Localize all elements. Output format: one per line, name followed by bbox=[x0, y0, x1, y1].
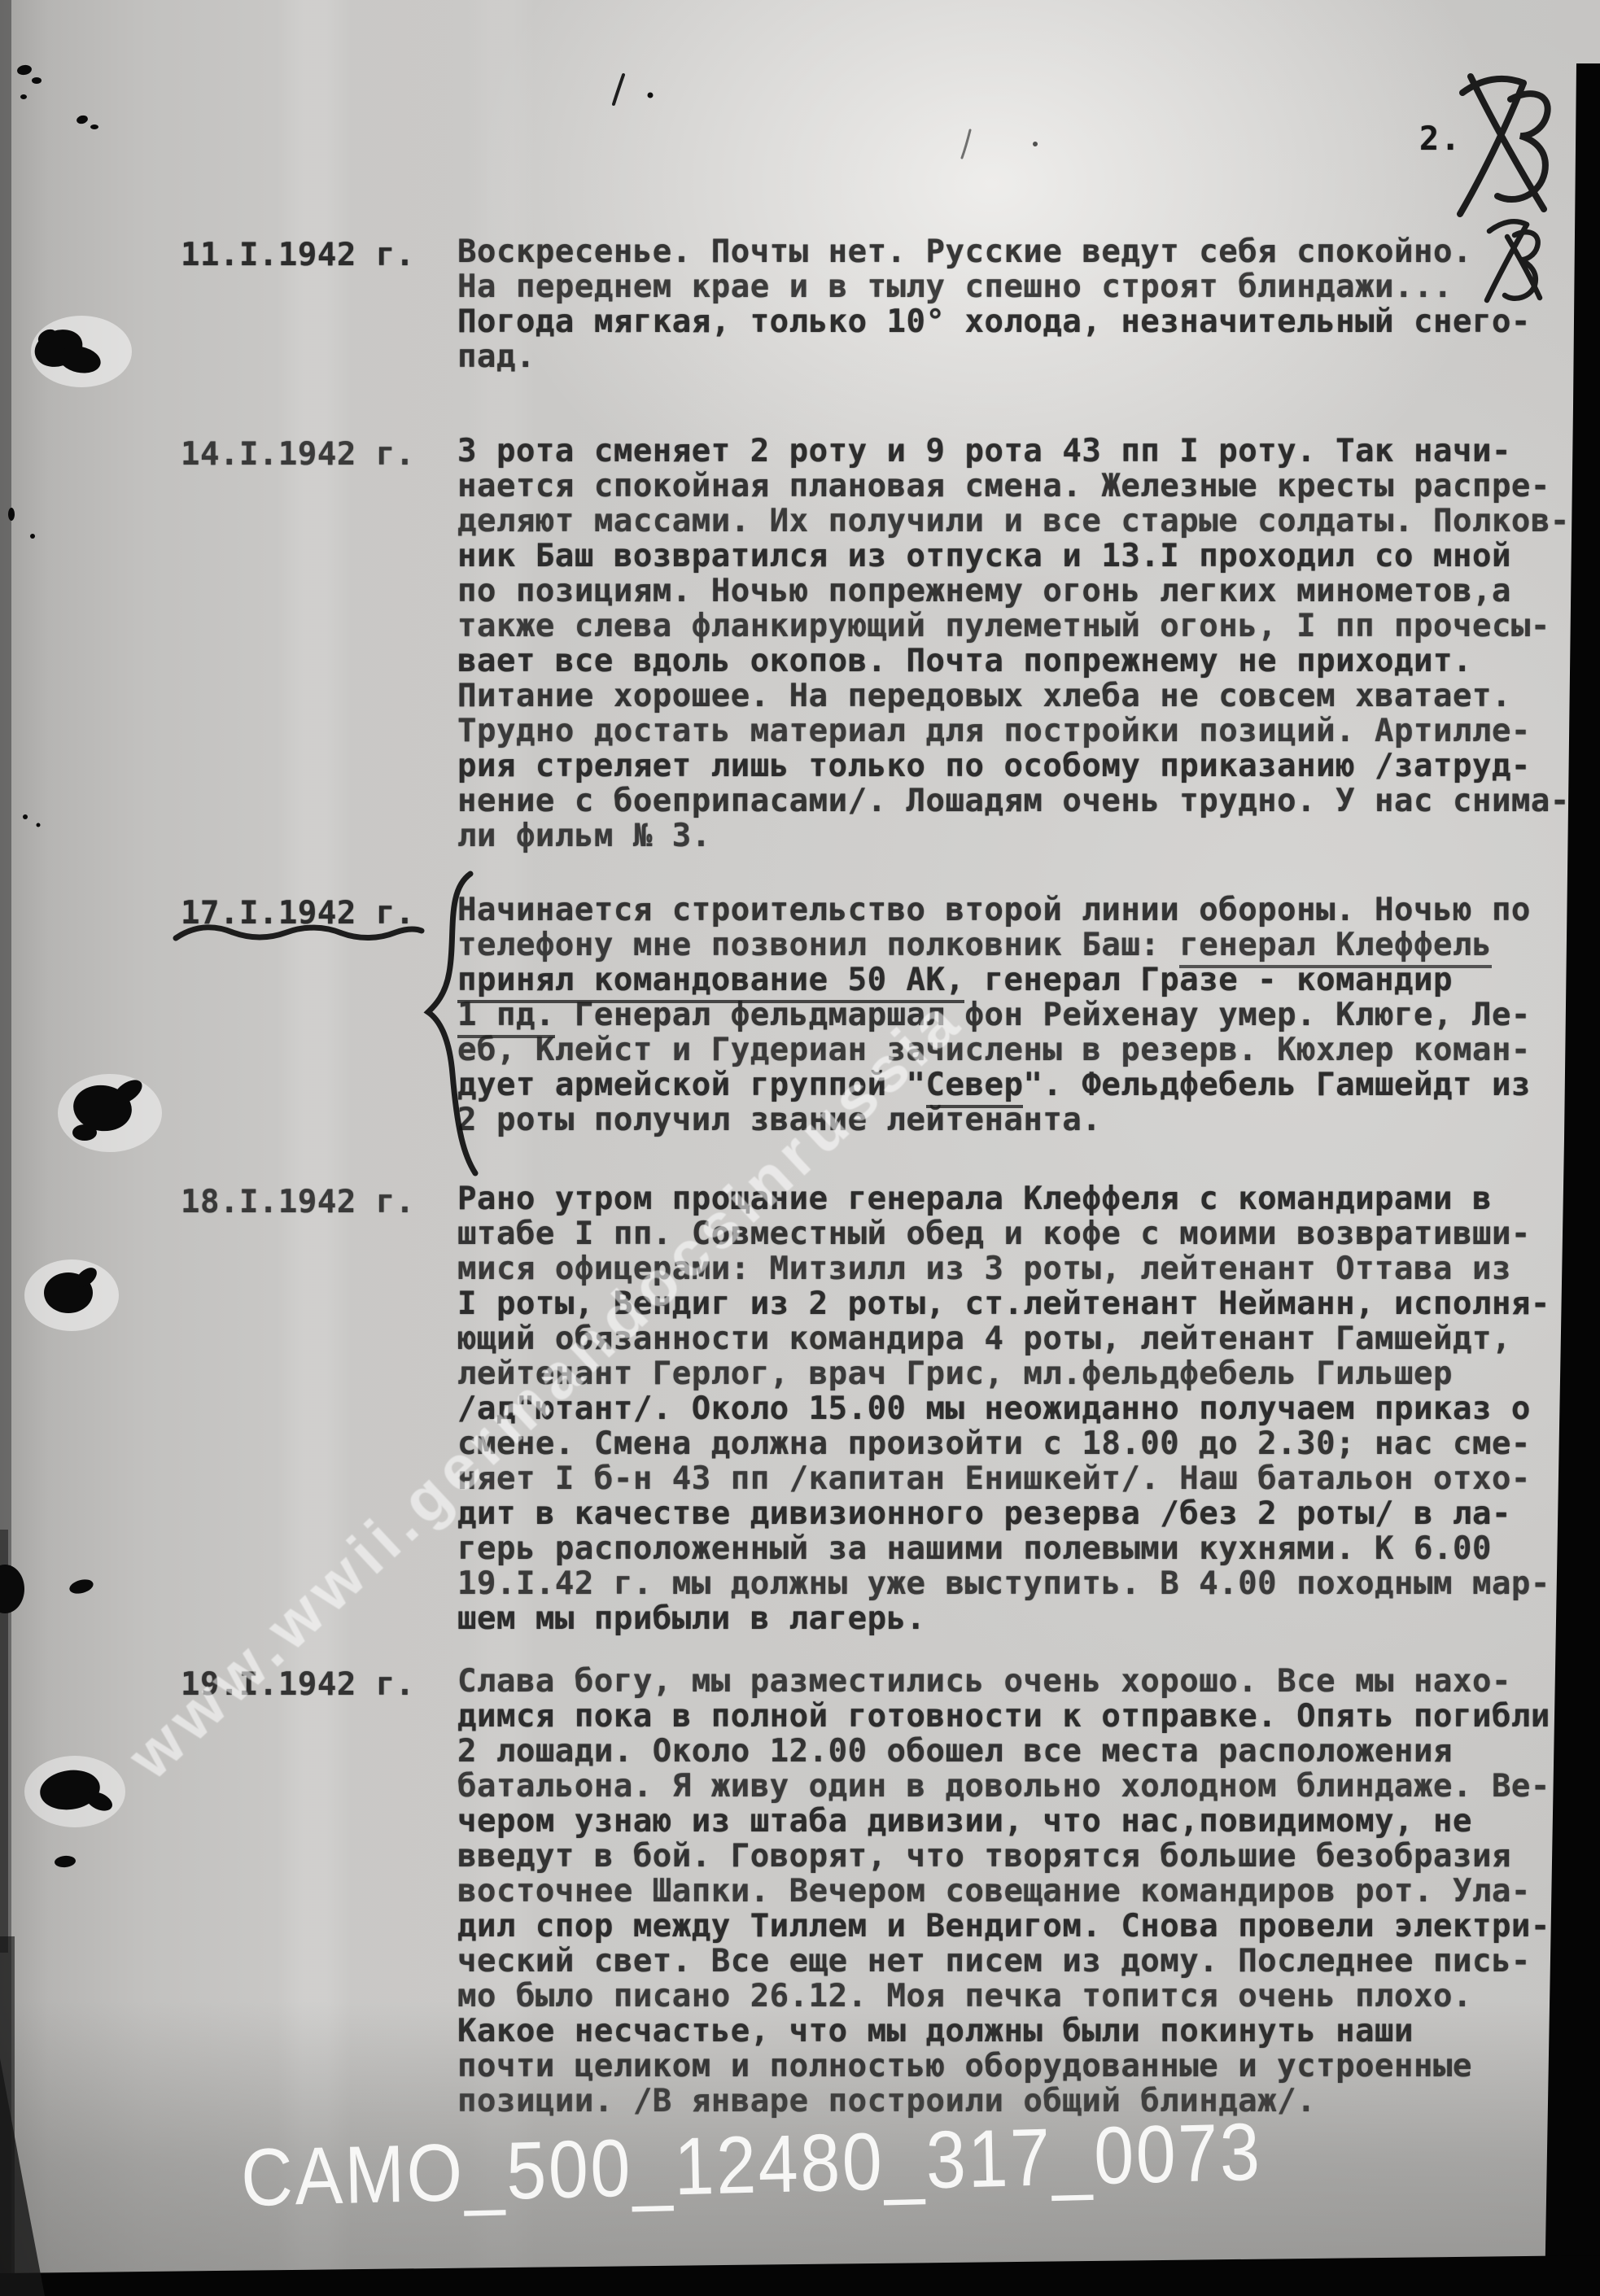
entry-4-line-5: ющий обязанности командира 4 роты, лейте… bbox=[457, 1321, 1511, 1356]
entry-2-line-3: деляют массами. Их получили и все старые… bbox=[457, 504, 1570, 539]
entry-2-line-2: нается спокойная плановая смена. Железны… bbox=[457, 469, 1550, 504]
entry-2-line-7: вает все вдоль окопов. Почта попрежнему … bbox=[457, 644, 1472, 679]
entry-2-line-8: Питание хорошее. На передовых хлеба не с… bbox=[457, 679, 1511, 714]
typewritten-entries: 11.I.1942 г.Воскресенье. Почты нет. Русс… bbox=[0, 0, 1600, 2296]
entry-5-line-6: введут в бой. Говорят, что творятся боль… bbox=[457, 1839, 1511, 1874]
entry-3-line-3: принял командование 50 АК, генерал Гразе… bbox=[457, 962, 1453, 997]
entry-5-line-3: 2 лошади. Около 12.00 обошел все места р… bbox=[457, 1734, 1453, 1769]
entry-1-line-4: пад. bbox=[457, 339, 536, 374]
entry-4-line-13: шем мы прибыли в лагерь. bbox=[457, 1601, 926, 1636]
entry-2-line-5: по позициям. Ночью попрежнему огонь легк… bbox=[457, 574, 1511, 609]
entry-1-date: 11.I.1942 г. bbox=[181, 238, 415, 273]
entry-4-line-1: Рано утром прощание генерала Клеффеля с … bbox=[457, 1181, 1492, 1216]
entry-4-line-3: мися офицерами: Митзилл из 3 роты, лейте… bbox=[457, 1251, 1511, 1286]
entry-2-line-11: нение с боеприпасами/. Лошадям очень тру… bbox=[457, 784, 1570, 818]
entry-5-line-1: Слава богу, мы разместились очень хорошо… bbox=[457, 1664, 1511, 1699]
entry-4-line-12: 19.I.42 г. мы должны уже выступить. В 4.… bbox=[457, 1566, 1550, 1601]
entry-4-line-7: /ад"ютант/. Около 15.00 мы неожиданно по… bbox=[457, 1391, 1531, 1426]
entry-3-line-1: Начинается строительство второй линии об… bbox=[457, 893, 1531, 928]
entry-5-line-2: димся пока в полной готовности к отправк… bbox=[457, 1699, 1550, 1734]
entry-3-line-6: дует армейской группой "Север". Фельдфеб… bbox=[457, 1067, 1531, 1102]
entry-4-line-9: няет I б-н 43 пп /капитан Енишкейт/. Наш… bbox=[457, 1461, 1531, 1496]
entry-5-line-5: чером узнаю из штаба дивизии, что нас,по… bbox=[457, 1804, 1472, 1839]
scanned-document-page: 11.I.1942 г.Воскресенье. Почты нет. Русс… bbox=[0, 0, 1600, 2296]
entry-1-line-1: Воскресенье. Почты нет. Русские ведут се… bbox=[457, 234, 1472, 269]
entry-1-line-2: На переднем крае и в тылу спешно строят … bbox=[457, 269, 1453, 304]
entry-4-line-10: дит в качестве дивизионного резерва /без… bbox=[457, 1496, 1511, 1531]
entry-3-line-5: еб, Клейст и Гудериан зачислены в резерв… bbox=[457, 1032, 1531, 1067]
entry-1-line-3: Погода мягкая, только 10° холода, незнач… bbox=[457, 304, 1531, 339]
entry-4-line-4: I роты, Вендиг из 2 роты, ст.лейтенант Н… bbox=[457, 1286, 1550, 1321]
entry-3-line-2: телефону мне позвонил полковник Баш: ген… bbox=[457, 928, 1492, 962]
entry-5-line-4: батальона. Я живу один в довольно холодн… bbox=[457, 1769, 1550, 1804]
entry-2-line-6: также слева фланкирующий пулеметный огон… bbox=[457, 609, 1550, 644]
entry-4-line-2: штабе I пп. Совместный обед и кофе с мои… bbox=[457, 1216, 1531, 1251]
entry-5-line-8: дил спор между Тиллем и Вендигом. Снова … bbox=[457, 1909, 1550, 1944]
entry-2-date: 14.I.1942 г. bbox=[181, 437, 415, 472]
entry-5-line-9: ческий свет. Все еще нет писем из дому. … bbox=[457, 1944, 1531, 1979]
entry-4-date: 18.I.1942 г. bbox=[181, 1185, 415, 1220]
entry-4-line-8: смене. Смена должна произойти с 18.00 до… bbox=[457, 1426, 1531, 1461]
entry-2-line-4: ник Баш возвратился из отпуска и 13.I пр… bbox=[457, 539, 1511, 574]
entry-2-line-1: 3 рота сменяет 2 роту и 9 рота 43 пп I р… bbox=[457, 434, 1511, 469]
entry-3-line-7: 2 роты получил звание лейтенанта. bbox=[457, 1102, 1101, 1137]
entry-2-line-9: Трудно достать материал для постройки по… bbox=[457, 714, 1531, 749]
entry-4-line-11: герь расположенный за нашими полевыми ку… bbox=[457, 1531, 1492, 1566]
entry-3-date: 17.I.1942 г. bbox=[181, 896, 415, 931]
entry-5-line-7: восточнее Шапки. Вечером совещание коман… bbox=[457, 1874, 1531, 1909]
page-number: 2. bbox=[1419, 120, 1462, 158]
entry-2-line-12: ли фильм № 3. bbox=[457, 818, 711, 853]
entry-2-line-10: рия стреляет лишь только по особому прик… bbox=[457, 749, 1531, 784]
entry-5-date: 19.I.1942 г. bbox=[181, 1667, 415, 1702]
entry-3-line-4: 1 пд. Генерал фельдмаршал фон Рейхенау у… bbox=[457, 997, 1531, 1032]
entry-4-line-6: лейтенант Герлог, врач Грис, мл.фельдфеб… bbox=[457, 1356, 1453, 1391]
